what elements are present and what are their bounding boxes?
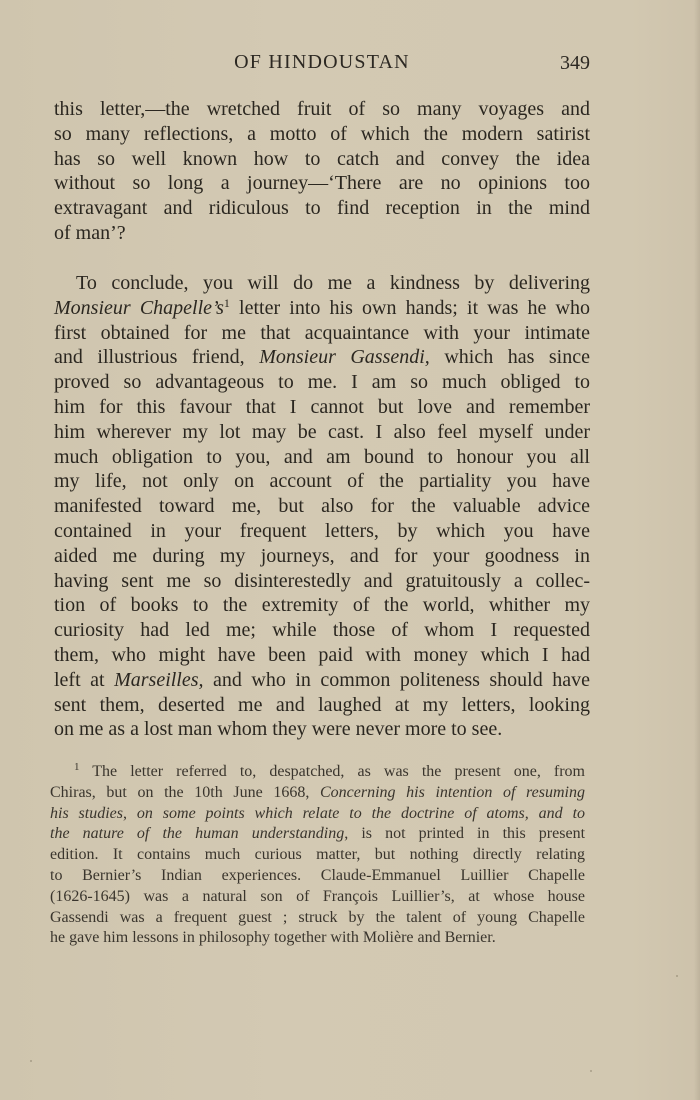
page-number: 349 xyxy=(560,52,590,75)
text-line: and illustrious friend, Monsieur Gassend… xyxy=(54,345,590,370)
footnote-line: Gassendi was a frequent guest ; struck b… xyxy=(50,908,585,929)
text-line: him for this favour that I cannot but lo… xyxy=(54,395,590,420)
text-run: left at xyxy=(54,669,114,691)
paragraph-1: this letter,—the wretched fruit of so ma… xyxy=(54,97,590,246)
text-line: aided me during my journeys, and for you… xyxy=(54,544,590,569)
text-line: sent them, deserted me and laughed at my… xyxy=(54,693,590,718)
text-line: without so long a journey—‘There are no … xyxy=(54,171,590,196)
footnote-line: his studies, on some points which relate… xyxy=(50,804,585,825)
paper-speck xyxy=(676,975,678,977)
text-run: and who in common politeness should have xyxy=(204,669,590,691)
paper-speck xyxy=(590,1070,592,1072)
text-line: curiosity had led me; while those of who… xyxy=(54,618,590,643)
text-line: extravagant and ridiculous to find recep… xyxy=(54,196,590,221)
page-edge-shadow xyxy=(694,0,700,1100)
italic-title: the nature of the human understanding xyxy=(50,825,344,842)
italic-name: Monsieur Chapelle’s xyxy=(54,297,224,319)
footnote-line: 1 The letter referred to, despatched, as… xyxy=(50,762,585,783)
text-line: on me as a lost man whom they were never… xyxy=(54,717,590,742)
text-line: has so well known how to catch and conve… xyxy=(54,147,590,172)
running-head: OF HINDOUSTAN xyxy=(54,51,590,74)
paper-speck xyxy=(30,1060,32,1062)
text-run: , xyxy=(123,805,137,822)
text-line: so many reflections, a motto of which th… xyxy=(54,122,590,147)
text-line: tion of books to the extremity of the wo… xyxy=(54,593,590,618)
footnote: 1 The letter referred to, despatched, as… xyxy=(50,762,585,949)
text-line: proved so advantageous to me. I am so mu… xyxy=(54,370,590,395)
text-line: them, who might have been paid with mone… xyxy=(54,643,590,668)
italic-name: Monsieur Gassendi, xyxy=(259,346,430,368)
italic-title: on some points which relate to the doctr… xyxy=(137,805,525,822)
footnote-line: he gave him lessons in philosophy togeth… xyxy=(50,928,585,949)
footnote-line: Chiras, but on the 10th June 1668, Conce… xyxy=(50,783,585,804)
text-run: which has since xyxy=(430,346,590,368)
text-line: my life, not only on account of the part… xyxy=(54,469,590,494)
book-page: OF HINDOUSTAN 349 this letter,—the wretc… xyxy=(0,0,700,1100)
text-run: The letter referred to, despatched, as w… xyxy=(80,763,586,780)
text-line: this letter,—the wretched fruit of so ma… xyxy=(54,97,590,122)
text-line: contained in your frequent letters, by w… xyxy=(54,519,590,544)
page-header: OF HINDOUSTAN 349 xyxy=(54,51,590,81)
italic-title: , and to xyxy=(525,805,585,822)
text-line: Monsieur Chapelle’s1 letter into his own… xyxy=(54,296,590,321)
paragraph-2: To conclude, you will do me a kindness b… xyxy=(54,271,590,742)
footnote-line: the nature of the human understanding, i… xyxy=(50,824,585,845)
text-line: first obtained for me that acquaintance … xyxy=(54,321,590,346)
text-line: him wherever my lot may be cast. I also … xyxy=(54,420,590,445)
text-line: manifested toward me, but also for the v… xyxy=(54,494,590,519)
text-run: and illustrious friend, xyxy=(54,346,259,368)
italic-place: Marseilles, xyxy=(114,669,203,691)
text-line: To conclude, you will do me a kindness b… xyxy=(54,271,590,296)
footnote-line: to Bernier’s Indian experiences. Claude-… xyxy=(50,866,585,887)
text-run: Chiras, but on the 10th June 1668, xyxy=(50,784,320,801)
text-line: much obligation to you, and am bound to … xyxy=(54,445,590,470)
footnote-line: (1626-1645) was a natural son of Françoi… xyxy=(50,887,585,908)
italic-title: his studies xyxy=(50,805,123,822)
text-line: of man’? xyxy=(54,221,590,246)
text-line: having sent me so disinterestedly and gr… xyxy=(54,569,590,594)
footnote-line: edition. It contains much curious matter… xyxy=(50,845,585,866)
text-run: letter into his own hands; it was he who xyxy=(230,297,590,319)
italic-title: Concerning his intention of resuming xyxy=(320,784,585,801)
text-run: , is not printed in this present xyxy=(344,825,585,842)
text-line: left at Marseilles, and who in common po… xyxy=(54,668,590,693)
